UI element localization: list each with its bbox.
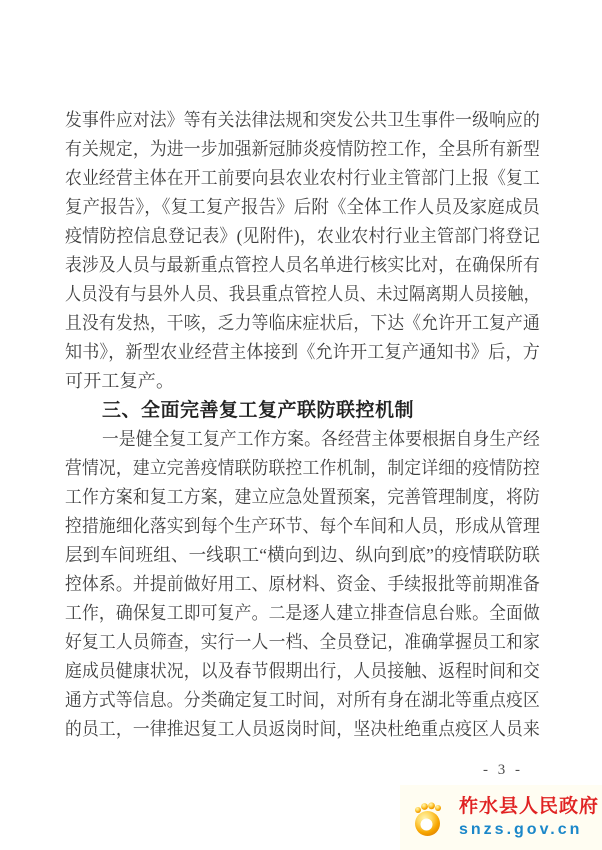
document-line: 疫情防控信息登记表》(见附件)，农业农村行业主管部门将登记 [65,222,540,251]
page-number: - 3 - [483,762,523,779]
document-line: 好复工人员筛查，实行一人一档、全员登记，准确掌握员工和家 [65,628,540,657]
document-line: 表涉及人员与最新重点管控人员名单进行核实比对，在确保所有 [65,251,540,280]
document-line: 庭成员健康状况，以及春节假期出行，人员接触、返程时间和交 [65,657,540,686]
document-line: 可开工复产。 [65,367,540,396]
document-line: 且没有发热，干咳，乏力等临床症状后，下达《允许开工复产通 [65,309,540,338]
website-url: snzs.gov.cn [459,821,599,839]
document-line: 有关规定，为进一步加强新冠肺炎疫情防控工作，全县所有新型 [65,135,540,164]
document-line: 通方式等信息。分类确定复工时间，对所有身在湖北等重点疫区 [65,686,540,715]
document-page: 发事件应对法》等有关法律法规和突发公共卫生事件一级响应的有关规定，为进一步加强新… [0,0,602,850]
document-line: 工作方案和复工方案，建立应急处置预案，完善管理制度，将防 [65,483,540,512]
document-line: 层到车间班组、一线职工“横向到边、纵向到底”的疫情联防联 [65,541,540,570]
section-heading: 三、全面完善复工复产联防联控机制 [65,396,540,425]
document-line: 复产报告》，《复工复产报告》后附《全体工作人员及家庭成员 [65,193,540,222]
government-name: 柞水县人民政府 [459,797,599,818]
document-line: 控体系。并提前做好用工、原材料、资金、手续报批等前期准备 [65,570,540,599]
document-line: 农业经营主体在开工前要向县农业农村行业主管部门上报《复工 [65,164,540,193]
watermark-text: 柞水县人民政府 snzs.gov.cn [459,797,599,838]
document-line: 发事件应对法》等有关法律法规和突发公共卫生事件一级响应的 [65,106,540,135]
document-body: 发事件应对法》等有关法律法规和突发公共卫生事件一级响应的有关规定，为进一步加强新… [65,106,540,744]
site-watermark: 柞水县人民政府 snzs.gov.cn [400,785,602,850]
document-line: 控措施细化落实到每个生产环节、每个车间和人员，形成从管理 [65,512,540,541]
document-line: 营情况，建立完善疫情联防联控工作机制，制定详细的疫情防控 [65,454,540,483]
document-line: 知书》，新型农业经营主体接到《允许开工复产通知书》后，方 [65,338,540,367]
footprint-logo-icon [408,797,450,839]
document-line: 工作，确保复工即可复产。二是逐人建立排查信息台账。全面做 [65,599,540,628]
document-line: 一是健全复工复产工作方案。各经营主体要根据自身生产经 [65,425,540,454]
document-line: 的员工，一律推迟复工人员返岗时间，坚决杜绝重点疫区人员来 [65,715,540,744]
document-line: 人员没有与县外人员、我县重点管控人员、未过隔离期人员接触， [65,280,540,309]
